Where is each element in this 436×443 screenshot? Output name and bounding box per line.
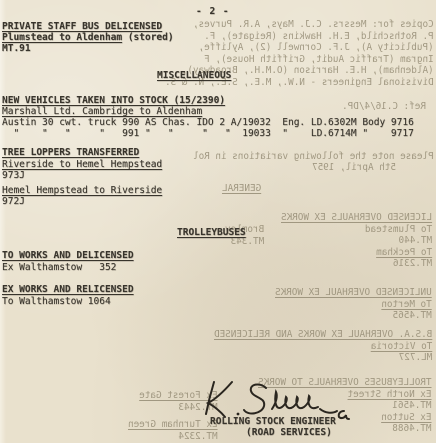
bleedthrough-line: Ex Sutton bbox=[382, 412, 432, 424]
bleedthrough-line: To Plumstead bbox=[365, 224, 432, 236]
bleedthrough-heading: LICENSED OVERHAULS EX WORKS bbox=[281, 212, 432, 224]
section-heading-trolleybuses: TROLLEYBUSES bbox=[177, 227, 246, 238]
bleedthrough-heading: UNLICENSED OVERHAUL EX WORKS bbox=[275, 287, 432, 299]
tree-loppers-fleet-no: 972J bbox=[2, 196, 25, 207]
bleedthrough-heading: B.S.A. OVERHAUL EX WORKS AND RELICENSED bbox=[214, 329, 432, 341]
bleedthrough-general-heading: GENERAL bbox=[222, 183, 261, 195]
bleedthrough-line: To Peckham bbox=[376, 247, 432, 259]
route-note: (stored) bbox=[122, 32, 173, 43]
bleedthrough-date-line: 5th April, 1957 bbox=[312, 162, 396, 174]
bleedthrough-ref-line: Ref: C.16/4/DP. bbox=[342, 101, 426, 113]
tree-loppers-fleet-no: 973J bbox=[2, 170, 25, 181]
bleedthrough-licensed-block: LICENSED OVERHAULS EX WORKS To Plumstead… bbox=[281, 212, 432, 270]
bleedthrough-line: MT.2316 bbox=[393, 258, 432, 270]
bleedthrough-note-line: Please note the following variations in … bbox=[193, 151, 434, 163]
bleedthrough-line: (Publicity A), J.F. Cornwell (2), Ayliff… bbox=[199, 42, 434, 54]
to-works-entry: Ex Walthamstow 352 bbox=[2, 262, 116, 273]
section-heading-miscellaneous: MISCELLANEOUS bbox=[157, 70, 231, 81]
bleedthrough-line: MT.4561 bbox=[393, 400, 432, 412]
private-staff-bus-route: Plumstead to Aldenham (stored) bbox=[2, 32, 174, 43]
document-page: Copies for: Messrs. C.J. Mays, A.R. Purv… bbox=[0, 0, 436, 443]
signature-block: ROLLING STOCK ENGINEER (ROAD SERVICES) bbox=[198, 378, 358, 438]
bleedthrough-line: To Victoria bbox=[370, 341, 432, 353]
section-heading-tree-loppers: TREE LOPPERS TRANSFERRED bbox=[2, 147, 139, 158]
private-staff-bus-fleet-no: MT.91 bbox=[2, 43, 31, 54]
bleedthrough-bsa-block: B.S.A. OVERHAUL EX WORKS AND RELICENSED … bbox=[214, 329, 432, 364]
signatory-title-line1: ROLLING STOCK ENGINEER bbox=[210, 416, 358, 427]
signature bbox=[198, 378, 358, 420]
section-heading-new-vehicles: NEW VEHICLES TAKEN INTO STOCK (15/2390) bbox=[2, 95, 225, 106]
bleedthrough-line: ML.727 bbox=[398, 352, 432, 364]
tree-loppers-route: Riverside to Hemel Hempstead bbox=[2, 159, 162, 170]
new-vehicles-supplier-route: Marshall Ltd. Cambridge to Aldenham bbox=[2, 106, 202, 117]
bleedthrough-line: Ex North Street bbox=[348, 389, 432, 401]
bleedthrough-unlicensed-block: UNLICENSED OVERHAUL EX WORKS To Merton M… bbox=[275, 287, 432, 322]
new-vehicles-row: Austin 30 cwt. truck 990 AS Chas. IDO 2 … bbox=[2, 117, 414, 128]
bleedthrough-line: MT.440 bbox=[398, 235, 432, 247]
tree-loppers-route: Hemel Hempstead to Riverside bbox=[2, 185, 162, 196]
bleedthrough-line: P. Rothschild, E.H. Hawkins (Reigate), F… bbox=[205, 31, 435, 43]
bleedthrough-line: Copies for: Messrs. C.J. Mays, A.R. Purv… bbox=[193, 19, 434, 31]
page-number: - 2 - bbox=[196, 6, 230, 17]
section-heading-to-works: TO WORKS AND DELICENSED bbox=[2, 250, 134, 261]
bleedthrough-line: To Merton bbox=[382, 299, 432, 311]
bleedthrough-line: MT.4565 bbox=[393, 310, 432, 322]
bleedthrough-line: MT.4688 bbox=[393, 423, 432, 435]
bleedthrough-line: Ingram (Traffic Audit, Griffith House), … bbox=[205, 54, 435, 66]
signatory-title-line2: (ROAD SERVICES) bbox=[246, 427, 358, 438]
section-heading-ex-works: EX WORKS AND RELICENSED bbox=[2, 284, 134, 295]
new-vehicles-row: " " " " 991 " " " " 19033 " LD.6714M " 9… bbox=[2, 128, 414, 139]
route-text: Plumstead to Aldenham bbox=[2, 32, 122, 43]
section-heading-private-staff-bus: PRIVATE STAFF BUS DELICENSED bbox=[2, 21, 162, 32]
ex-works-entry: To Walthamstow 1064 bbox=[2, 296, 111, 307]
